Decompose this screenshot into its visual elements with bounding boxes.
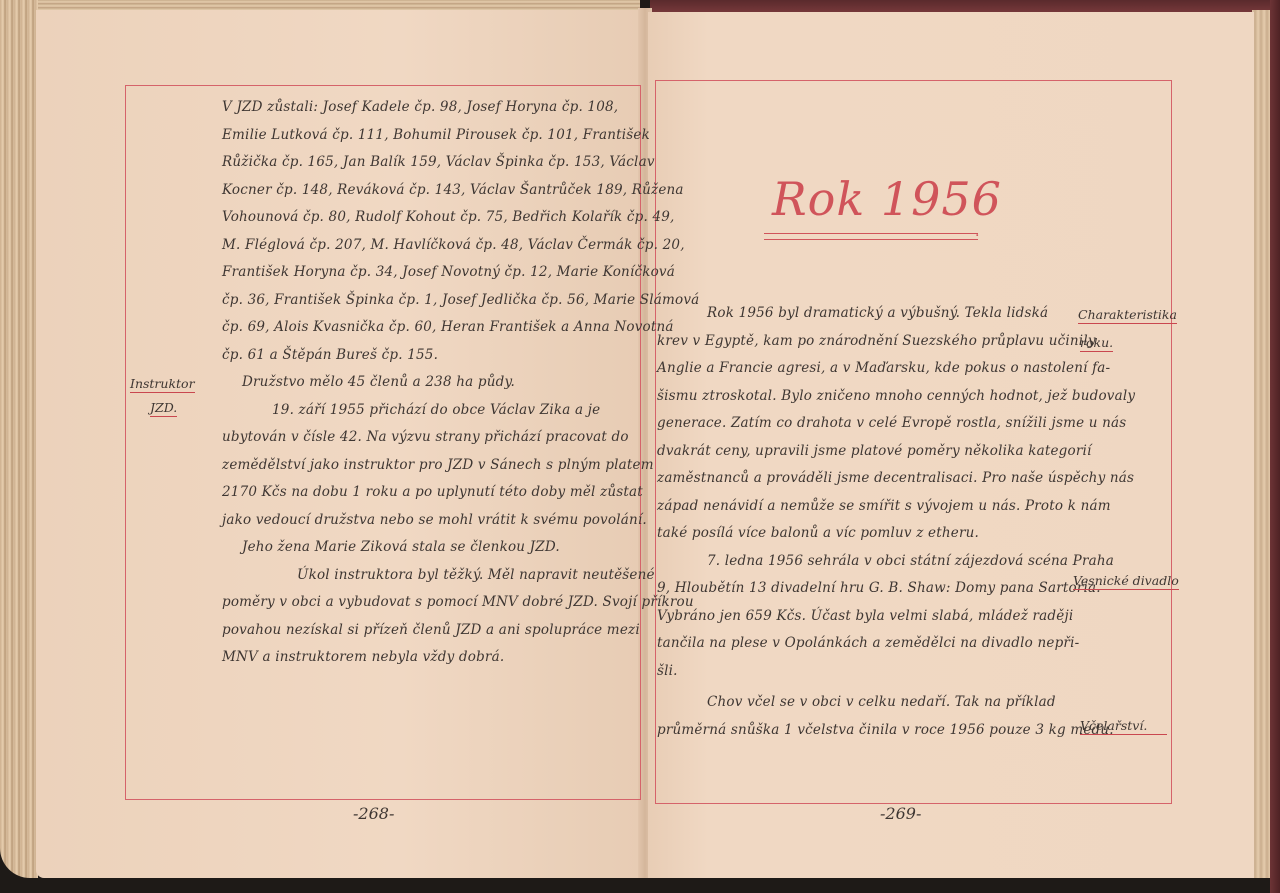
title-underline [764,233,978,240]
text-line: Růžička čp. 165, Jan Balík 159, Václav Š… [222,149,699,177]
margin-note-vcelarstvi: Včelařství. [1080,718,1167,735]
text-line: František Horyna čp. 34, Josef Novotný č… [222,259,699,287]
text-line: čp. 61 a Štěpán Bureš čp. 155. [222,342,699,370]
book-cover-edge [1270,0,1280,893]
text-line: dvakrát ceny, upravili jsme platové pomě… [657,438,1135,466]
text-line: západ nenávidí a nemůže se smířit s vývo… [657,493,1135,521]
text-line: povahou nezískal si přízeň členů JZD a a… [222,617,699,645]
text-line: tančila na plese v Opolánkách a zemědělc… [657,630,1135,658]
text-line: 2170 Kčs na dobu 1 roku a po uplynutí té… [222,479,699,507]
text-line: čp. 36, František Špinka čp. 1, Josef Je… [222,287,699,315]
text-line: jako vedoucí družstva nebo se mohl vráti… [222,507,699,535]
text-line: Vybráno jen 659 Kčs. Účast byla velmi sl… [657,603,1135,631]
text-line: M. Fléglová čp. 207, M. Havlíčková čp. 4… [222,232,699,260]
text-line: Družstvo mělo 45 členů a 238 ha půdy. [222,369,699,397]
margin-note-charakteristika: Charakteristika [1078,307,1177,324]
page-number-right: -269- [880,804,921,823]
text-line: 19. září 1955 přichází do obce Václav Zi… [222,397,699,425]
margin-note-roku: roku. [1080,335,1113,352]
text-line: Úkol instruktora byl těžký. Měl napravit… [222,562,699,590]
margin-note-jzd: JZD. [150,400,177,417]
text-line: zemědělství jako instruktor pro JZD v Sá… [222,452,699,480]
year-title: Rok 1956 [772,172,1002,226]
open-book: V JZD zůstali: Josef Kadele čp. 98, Jose… [0,0,1280,893]
text-line: šli. [657,658,1135,686]
margin-note-vesnicke-divadlo: Vesnické divadlo [1073,573,1179,590]
text-line: také posílá více balonů a víc pomluv z e… [657,520,1135,548]
right-page-text: Rok 1956 byl dramatický a výbušný. Tekla… [657,300,1135,744]
text-line: Chov včel se v obci v celku nedaří. Tak … [657,689,1135,717]
page-stack-left [0,0,38,878]
text-line: čp. 69, Alois Kvasnička čp. 60, Heran Fr… [222,314,699,342]
margin-note-instruktor: Instruktor [130,376,195,393]
page-number-left: -268- [353,804,394,823]
text-line: Rok 1956 byl dramatický a výbušný. Tekla… [657,300,1135,328]
text-line: ubytován v čísle 42. Na výzvu strany při… [222,424,699,452]
text-line: Kocner čp. 148, Reváková čp. 143, Václav… [222,177,699,205]
left-page-text: V JZD zůstali: Josef Kadele čp. 98, Jose… [222,94,699,672]
text-line: V JZD zůstali: Josef Kadele čp. 98, Jose… [222,94,699,122]
text-line: Jeho žena Marie Ziková stala se členkou … [222,534,699,562]
text-line: 9, Hloubětín 13 divadelní hru G. B. Shaw… [657,575,1135,603]
text-line: poměry v obci a vybudovat s pomocí MNV d… [222,589,699,617]
text-line: Vohounová čp. 80, Rudolf Kohout čp. 75, … [222,204,699,232]
title-period: . [975,224,979,240]
text-line: Emilie Lutková čp. 111, Bohumil Pirousek… [222,122,699,150]
page-stack-right [1252,10,1270,878]
text-line: 7. ledna 1956 sehrála v obci státní záje… [657,548,1135,576]
text-line: šismu ztroskotal. Bylo zničeno mnoho cen… [657,383,1135,411]
text-line: Anglie a Francie agresi, a v Maďarsku, k… [657,355,1135,383]
text-line: zaměstnanců a prováděli jsme decentralis… [657,465,1135,493]
text-line: průměrná snůška 1 včelstva činila v roce… [657,717,1135,745]
text-line: generace. Zatím co drahota v celé Evropě… [657,410,1135,438]
text-line: krev v Egyptě, kam po znárodnění Suezské… [657,328,1135,356]
text-line: MNV a instruktorem nebyla vždy dobrá. [222,644,699,672]
